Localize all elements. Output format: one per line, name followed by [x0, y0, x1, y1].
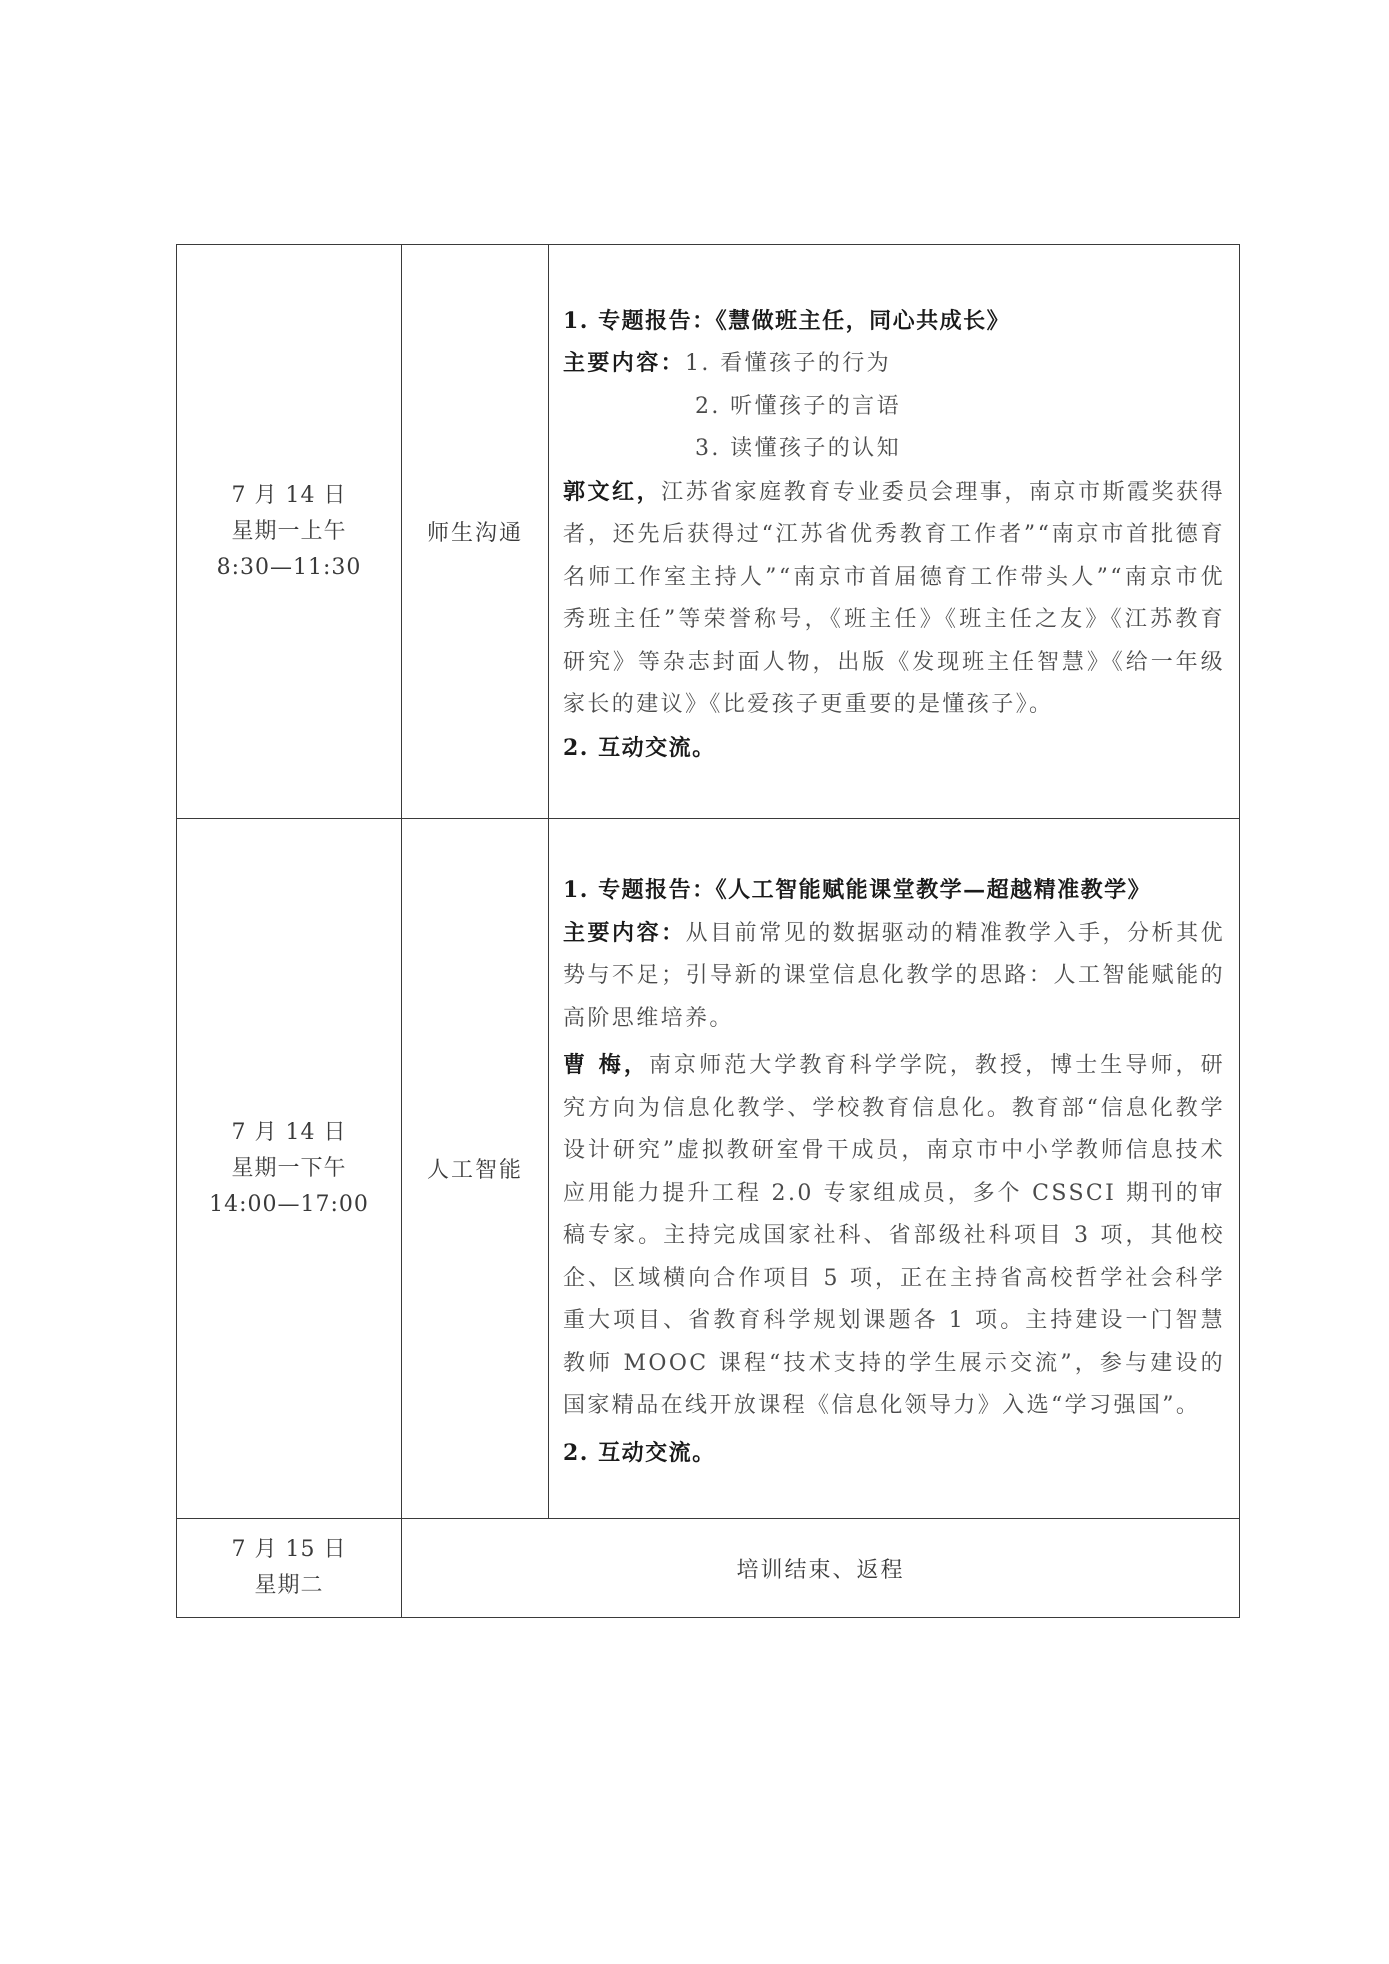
speaker-name: 曹 梅， — [563, 1052, 649, 1078]
table-row: 7 月 14 日 星期一下午 14:00—17:00 人工智能 1. 专题报告：… — [177, 819, 1240, 1519]
date: 7 月 15 日 — [177, 1532, 401, 1568]
content-cell: 1. 专题报告：《人工智能赋能课堂教学—超越精准教学》 主要内容：从目前常见的数… — [549, 819, 1240, 1519]
main-content-item: 2. 听懂孩子的言语 — [563, 386, 1225, 429]
time-range: 8:30—11:30 — [177, 550, 401, 586]
speaker-name: 郭文红， — [563, 479, 661, 505]
topic-cell: 师生沟通 — [402, 245, 549, 819]
speaker-bio: 曹 梅，南京师范大学教育科学学院，教授，博士生导师，研究方向为信息化教学、学校教… — [563, 1044, 1225, 1428]
topic: 人工智能 — [427, 1158, 523, 1183]
date-cell: 7 月 14 日 星期一下午 14:00—17:00 — [177, 819, 402, 1519]
weekday-period: 星期二 — [177, 1568, 401, 1604]
date: 7 月 14 日 — [177, 1115, 401, 1151]
closing-text: 培训结束、返程 — [736, 1558, 904, 1583]
table-row: 7 月 14 日 星期一上午 8:30—11:30 师生沟通 1. 专题报告：《… — [177, 245, 1240, 819]
weekday-period: 星期一上午 — [177, 514, 401, 550]
interaction-item: 2. 互动交流。 — [563, 727, 1225, 770]
main-content: 主要内容：1. 看懂孩子的行为 — [563, 342, 1225, 386]
date-cell: 7 月 15 日 星期二 — [177, 1519, 402, 1618]
weekday-period: 星期一下午 — [177, 1151, 401, 1187]
interaction-item: 2. 互动交流。 — [563, 1432, 1225, 1475]
main-content-item: 3. 读懂孩子的认知 — [563, 428, 1225, 471]
closing-cell: 培训结束、返程 — [402, 1519, 1240, 1618]
report-heading: 1. 专题报告：《慧做班主任，同心共成长》 — [563, 300, 1225, 343]
content-cell: 1. 专题报告：《慧做班主任，同心共成长》 主要内容：1. 看懂孩子的行为 2.… — [549, 245, 1240, 819]
document-page: 7 月 14 日 星期一上午 8:30—11:30 师生沟通 1. 专题报告：《… — [0, 0, 1389, 1964]
report-heading: 1. 专题报告：《人工智能赋能课堂教学—超越精准教学》 — [563, 869, 1225, 912]
topic-cell: 人工智能 — [402, 819, 549, 1519]
topic: 师生沟通 — [427, 521, 523, 546]
date: 7 月 14 日 — [177, 478, 401, 514]
date-cell: 7 月 14 日 星期一上午 8:30—11:30 — [177, 245, 402, 819]
main-content: 主要内容：从目前常见的数据驱动的精准教学入手，分析其优势与不足；引导新的课堂信息… — [563, 912, 1225, 1041]
schedule-table: 7 月 14 日 星期一上午 8:30—11:30 师生沟通 1. 专题报告：《… — [176, 244, 1240, 1618]
speaker-bio: 郭文红，江苏省家庭教育专业委员会理事，南京市斯霞奖获得者，还先后获得过“江苏省优… — [563, 471, 1225, 727]
table-row: 7 月 15 日 星期二 培训结束、返程 — [177, 1519, 1240, 1618]
time-range: 14:00—17:00 — [177, 1187, 401, 1223]
